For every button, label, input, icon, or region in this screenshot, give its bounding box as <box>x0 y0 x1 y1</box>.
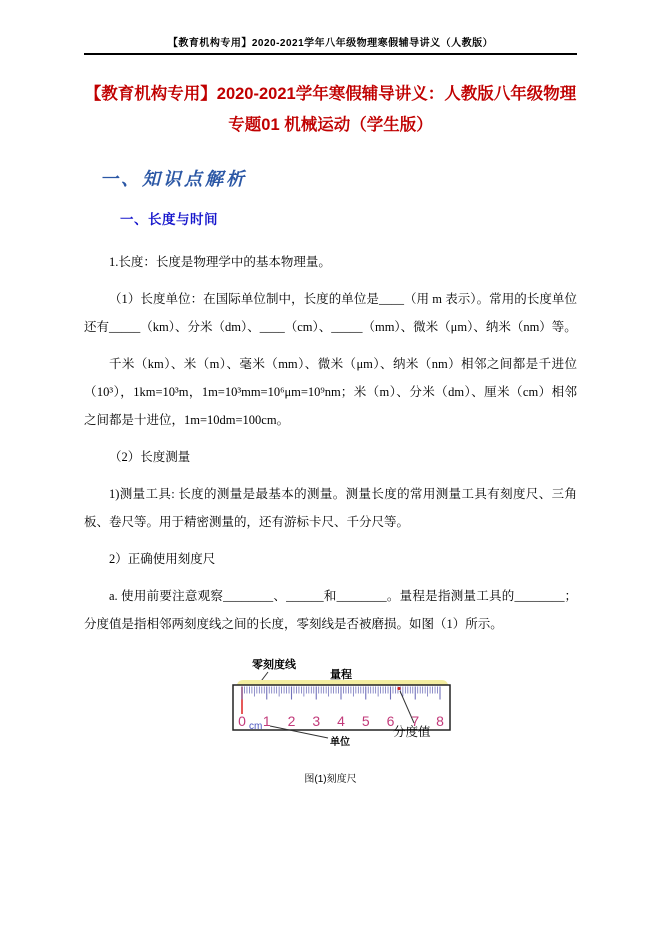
body-text: 1.长度：长度是物理学中的基本物理量。 （1）长度单位：在国际单位制中，长度的单… <box>84 248 577 638</box>
ruler-number: 5 <box>362 713 370 729</box>
body-paragraph: 1.长度：长度是物理学中的基本物理量。 <box>84 248 577 276</box>
unit-label: 单位 <box>330 735 350 748</box>
document-title-line1: 【教育机构专用】2020-2021学年寒假辅导讲义：人教版八年级物理 <box>60 79 601 110</box>
ruler-figure: 零刻度线 量程 012345678 cm 分度值 单位 <box>218 648 488 756</box>
ruler-number: 8 <box>436 713 444 729</box>
figure-caption: 图(1)刻度尺 <box>0 770 661 785</box>
page-header: 【教育机构专用】2020-2021学年八年级物理寒假辅导讲义（人教版） <box>0 0 661 49</box>
body-paragraph: a. 使用前要注意观察________、______和________。量程是指… <box>84 582 577 638</box>
body-paragraph: （1）长度单位：在国际单位制中，长度的单位是____（用 m 表示）。常用的长度… <box>84 285 577 341</box>
body-paragraph: 2）正确使用刻度尺 <box>84 545 577 573</box>
section-heading: 一、知识点解析 <box>100 165 661 191</box>
range-label: 量程 <box>330 667 352 681</box>
ruler-number: 3 <box>312 713 320 729</box>
document-title-line2: 专题01 机械运动（学生版） <box>60 110 601 141</box>
body-paragraph: 千米（km）、米（m）、毫米（mm）、微米（μm）、纳米（nm）相邻之间都是千进… <box>84 350 577 434</box>
ruler-number: 4 <box>337 713 345 729</box>
ruler-number: 2 <box>288 713 296 729</box>
ruler-figure-svg: 零刻度线 量程 012345678 cm 分度值 单位 <box>218 648 488 756</box>
document-title: 【教育机构专用】2020-2021学年寒假辅导讲义：人教版八年级物理 专题01 … <box>60 79 601 141</box>
document-page: 【教育机构专用】2020-2021学年八年级物理寒假辅导讲义（人教版） 【教育机… <box>0 0 661 935</box>
header-divider <box>84 53 577 55</box>
division-label: 分度值 <box>393 724 431 739</box>
ruler-unit-text: cm <box>249 721 262 732</box>
ruler-number: 1 <box>263 713 271 729</box>
ruler-number: 0 <box>238 713 246 729</box>
body-paragraph: （2）长度测量 <box>84 443 577 471</box>
division-dot <box>397 687 400 690</box>
zero-line-label: 零刻度线 <box>252 657 297 671</box>
subsection-heading: 一、长度与时间 <box>120 208 661 228</box>
body-paragraph: 1)测量工具: 长度的测量是最基本的测量。测量长度的常用测量工具有刻度尺、三角板… <box>84 480 577 536</box>
